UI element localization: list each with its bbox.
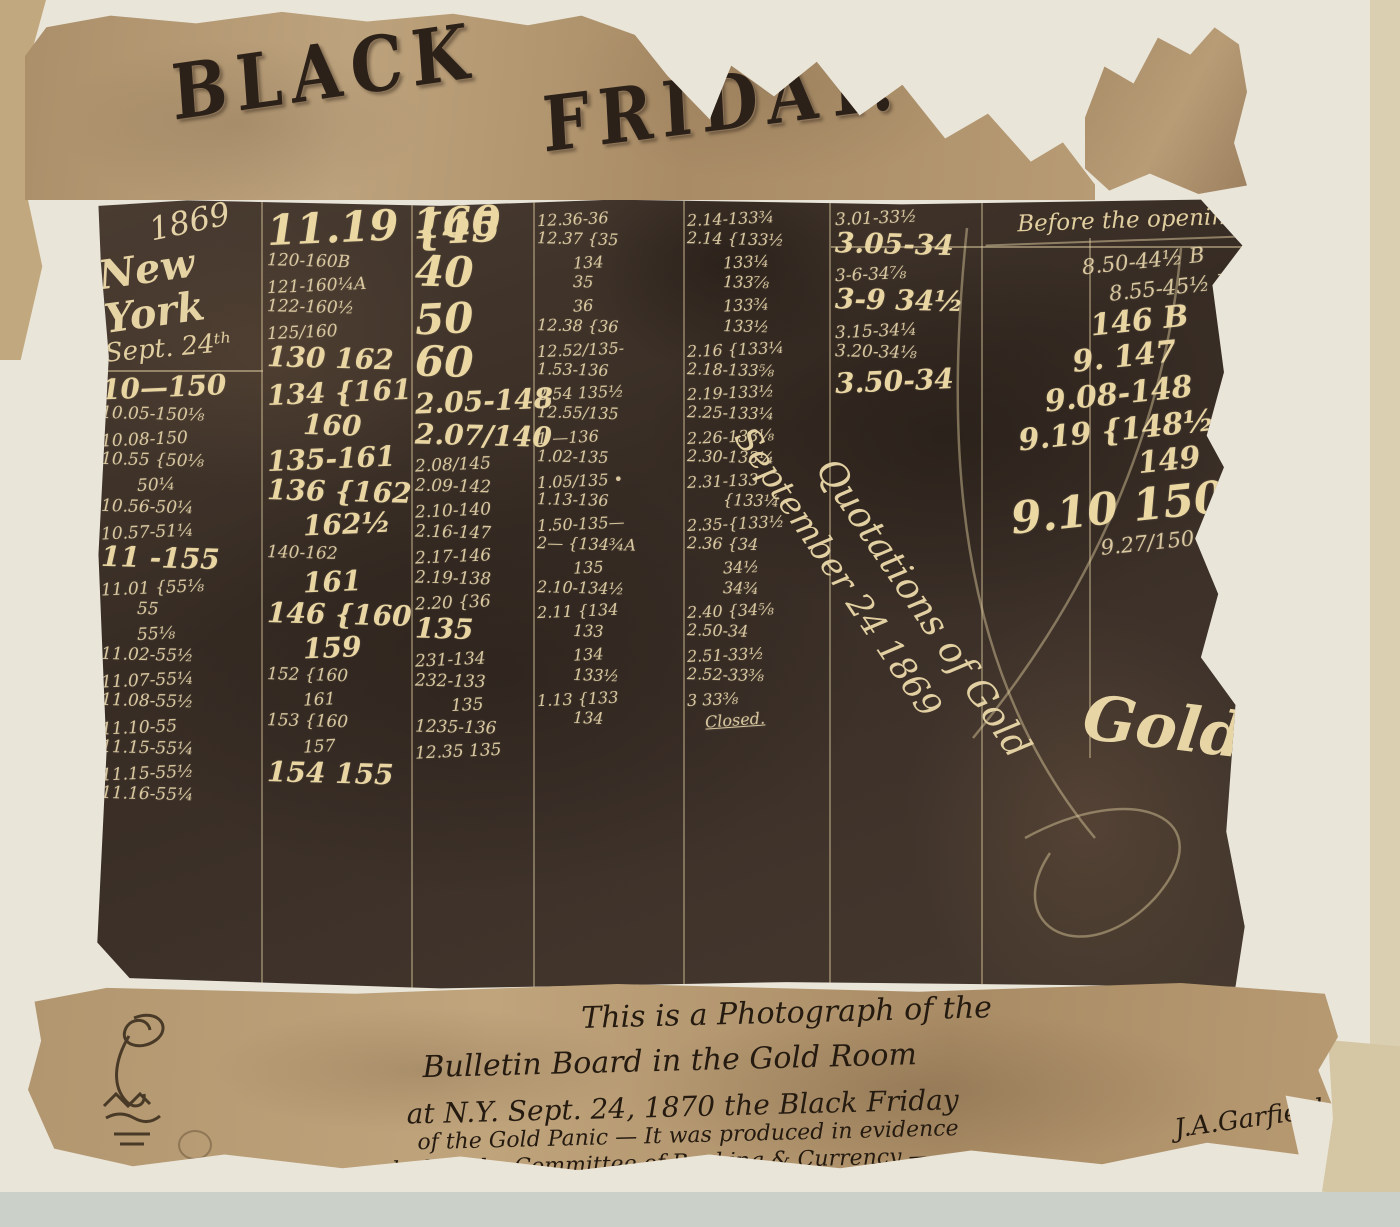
board-entry: 2.07/140 <box>415 418 534 453</box>
board-entry: 60 <box>414 340 533 387</box>
board-entry: 232-133 <box>415 669 534 694</box>
board-entry: 12.35 135 <box>415 737 534 764</box>
board-entry: 2.16-147 <box>415 520 534 545</box>
handwritten-inscription: This is a Photograph of the Bulletin Boa… <box>366 981 1330 1183</box>
board-city: New York <box>96 232 269 342</box>
inscription-line: This is a Photograph of the <box>581 981 1327 1035</box>
board-entry: 140-162 <box>267 541 412 567</box>
board-entry: 2.05-148 <box>414 384 533 421</box>
board-entry: 159 <box>266 629 411 667</box>
embossed-seal <box>178 1130 212 1160</box>
board-entry: 162½ <box>266 506 411 544</box>
banner-word-friday: FRIDAY. <box>540 36 904 170</box>
quotes-column-3-oclock: 3.01-33½3.05-343-6-34⅞3-9 34½3.15-34¼3.2… <box>835 206 981 397</box>
board-entry: 2.08/145 <box>415 450 534 477</box>
board-entry: 134 {161 <box>266 374 411 412</box>
board-entry: 3.15-34¼ <box>835 315 982 343</box>
before-opening-header: Before the opening <box>984 204 1241 247</box>
board-entry: 10—150 <box>100 367 263 406</box>
gold-room-bulletin-board: 1869 New York Sept. 24ᵗʰ 10—15010.05-150… <box>95 198 1247 990</box>
album-edge-bottom <box>0 1192 1400 1227</box>
board-entry: 154 155 <box>267 756 412 792</box>
board-entry: 3-9 34½ <box>835 283 982 319</box>
board-entry: 135 <box>415 691 534 718</box>
board-entry: 11 -155 <box>101 541 264 577</box>
handwritten-caption-paper: This is a Photograph of the Bulletin Boa… <box>28 982 1338 1178</box>
board-entry: 135 <box>537 554 684 581</box>
board-entry: 135 <box>415 613 534 648</box>
before-opening-column: Before the opening 8.50-44½ B8.55-45½ P1… <box>985 208 1241 562</box>
board-entry: 1235-136 <box>415 715 534 740</box>
board-entry: 50 <box>414 294 534 343</box>
before-opening-list: 8.50-44½ B8.55-45½ P146 B9. 1479.08-1489… <box>985 253 1241 562</box>
board-entry: 146 {160 <box>267 597 412 633</box>
banner-word-black: BLACK <box>169 5 481 138</box>
board-entry: 11.19 160 <box>266 203 412 253</box>
board-entry: 130 162 <box>267 342 412 378</box>
album-edge-right <box>1370 0 1400 1227</box>
board-entry: 2.10-140 <box>415 496 534 523</box>
board-entry: 2.19-138 <box>415 567 534 592</box>
board-entry: 231-134 <box>415 645 534 672</box>
board-entry: 160 <box>267 408 412 444</box>
quotes-list: 10—15010.05-150⅛10.08-15010.55 {50⅛50¼10… <box>101 371 263 806</box>
board-entry: 153 {160 <box>267 710 412 736</box>
board-entry: 2.52-33⅜ <box>687 664 827 688</box>
monogram-stamp <box>74 1006 184 1156</box>
torn-paper-corner-bottom-right <box>1322 1040 1400 1198</box>
banner-torn-fragment <box>1085 24 1247 194</box>
board-entry: 2.14 {133½ <box>687 228 827 252</box>
board-entry: 161 <box>266 563 411 601</box>
quotes-column-1-oclock: 12.36-3612.37 {35134353612.38 {3612.52/1… <box>537 208 683 730</box>
board-entry: 11.16-55¼ <box>101 782 264 808</box>
board-entry: 3.05-34 <box>835 227 982 263</box>
board-entry: 2.17-146 <box>415 543 534 570</box>
black-friday-banner: BLACK FRIDAY. <box>25 8 1095 200</box>
quotes-column-noon: {454050602.05-1482.07/1402.08/1452.09-14… <box>415 206 533 762</box>
board-entry: 3.50-34 <box>834 362 981 401</box>
board-entry: 2.16 {133¼ <box>687 336 828 363</box>
quotes-column-10-oclock: 1869 New York Sept. 24ᵗʰ 10—15010.05-150… <box>101 204 263 806</box>
board-entry: 135-161 <box>266 440 411 478</box>
board-entry: 134 <box>537 707 683 732</box>
quotes-column-11-oclock: 11.19 160120-160B121-160¼A122-160½125/16… <box>267 206 411 790</box>
board-entry: 2.09-142 <box>415 474 534 499</box>
board-entry: {45 <box>414 203 534 252</box>
board-entry: 40 <box>414 250 533 297</box>
